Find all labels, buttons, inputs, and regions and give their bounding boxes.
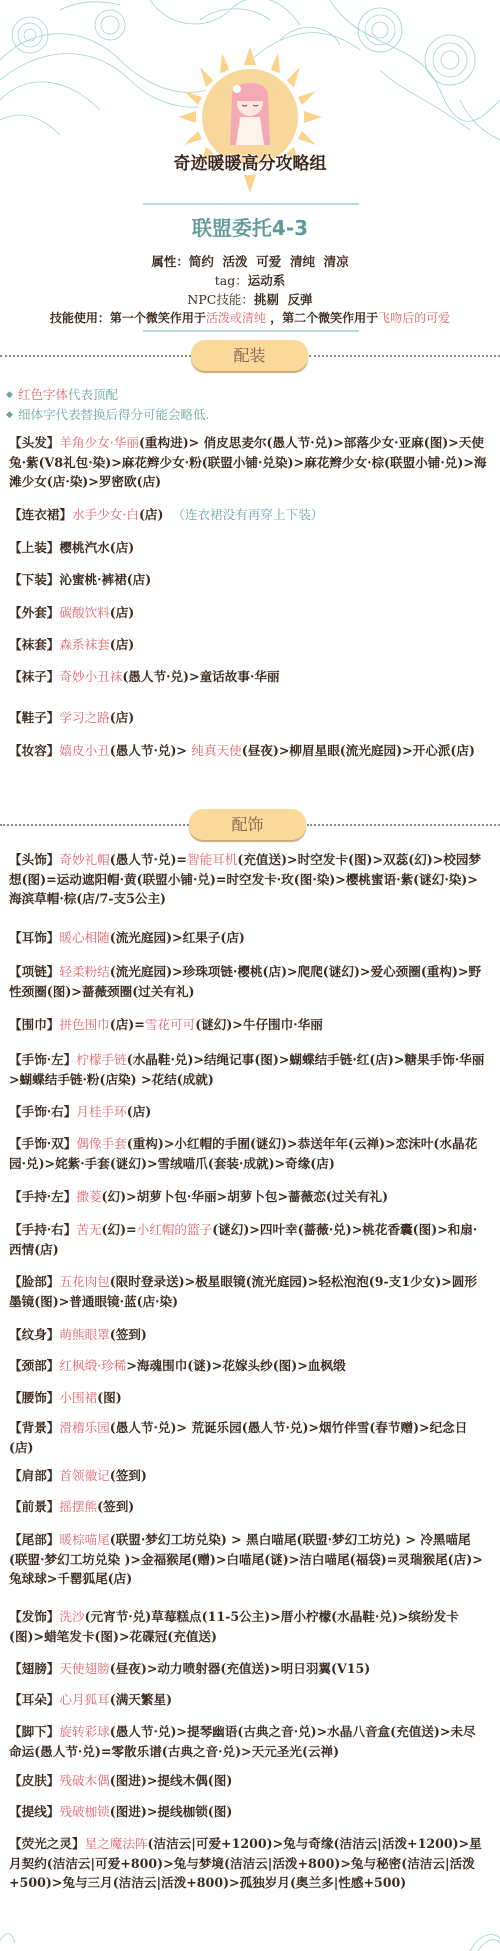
entry-earrings: 【耳饰】暖心相随(流光庭园)>红果子(店) (9, 928, 487, 948)
entry-handheld-right: 【手持·右】苦无(幻)=小红帽的篮子(谜幻)>四叶幸(蔷薇·兑)>桃花香囊(图)… (9, 1220, 487, 1259)
legend-note: ◆红色字体代表顶配 (6, 385, 486, 405)
tag-line: tag：运动系 (0, 271, 500, 289)
entry-handheld-left: 【手持·左】撒菱(幻)>胡萝卜包·华丽>胡萝卜包>蔷薇恋(过关有礼) (9, 1187, 487, 1207)
entry-leg-warmers: 【袜套】森系袜套(店) (9, 635, 487, 655)
entry-fluorescent-spirit: 【荧光之灵】星之魔法阵(洁洁云|可爱+1200)>兔与奇缘(洁洁云|活泼+120… (9, 1834, 487, 1893)
entry-dress: 【连衣裙】水手少女·白(店) （连衣裙没有再穿上下装） (9, 505, 487, 525)
npc-skills-value: 挑剔 反弹 (254, 292, 313, 307)
entry-shoulder: 【肩部】首领徽记(签到) (9, 1466, 487, 1486)
entry-headwear: 【头饰】奇妙礼帽(愚人节·兑)=智能耳机(充值送)>时空发卡(图)>双蕊(幻)>… (9, 850, 487, 909)
divider (143, 203, 359, 205)
entry-gloves: 【手饰·双】偶像手套(重构)>小红帽的手囿(谜幻)>恭送年年(云禅)>恋沫叶(水… (9, 1134, 487, 1173)
swirl-decoration-icon (0, 1921, 500, 1951)
entry-scarf: 【围巾】拼色围巾(店)=雪花可可(谜幻)>牛仔围巾·华丽 (9, 1015, 487, 1035)
entry-bracelet-right: 【手饰·右】月桂手环(店) (9, 1102, 487, 1122)
entry-hair-accessory: 【发饰】洗沙(元宵节·兑)草莓糕点(11-5公主)>厝小柠檬(水晶鞋·兑)>缤纷… (9, 1607, 487, 1646)
skill-target-second: 飞吻后的可爱 (378, 311, 450, 325)
section-header-clothing: 配装 (0, 340, 500, 372)
section-pill-accessories: 配饰 (189, 809, 306, 840)
logo-text: 奇迹暖暖高分攻略组 (170, 149, 330, 174)
divider (143, 330, 359, 332)
skill-usage-line: 技能使用：第一个微笑作用于活泼或清纯 ，第二个微笑作用于飞吻后的可爱 (0, 309, 500, 326)
entry-underfoot: 【脚下】旋转彩球(愚人节·兑)>提琴幽语(古典之音·兑)>水晶八音盒(充值送)>… (9, 1722, 487, 1761)
entry-ears: 【耳朵】心月狐耳(满天繁星) (9, 1690, 487, 1710)
diamond-bullet-icon: ◆ (6, 386, 18, 405)
skill-target-first: 活泼或清纯 (206, 311, 266, 325)
entry-top: 【上装】樱桃汽水(店) (9, 538, 487, 558)
dotted-divider (0, 355, 191, 357)
entry-neck: 【颈部】红枫缎·珍稀>海魂围巾(谜)>花嫁头纱(图)>血枫缎 (9, 1356, 487, 1376)
dress-note: （连衣裙没有再穿上下装） (172, 507, 323, 522)
entry-tail: 【尾部】暖棕喵尾(联盟·梦幻工坊兑染) > 黑白喵尾(联盟·梦幻工坊兑) > 冷… (9, 1530, 487, 1589)
entry-socks: 【袜子】奇妙小丑袜(愚人节·兑)>童话故事·华丽 (9, 667, 487, 687)
entry-makeup: 【妆容】嬉皮小丑(愚人节·兑)> 纯真天使(昼夜)>柳眉星眼(流光庭园)>开心派… (9, 741, 487, 761)
page-title: 联盟委托4-3 (0, 212, 500, 241)
entry-background: 【背景】滑稽乐园(愚人节·兑)> 荒诞乐园(愚人节·兑)>烟竹伴雪(春节赠)>纪… (9, 1418, 487, 1457)
entry-waist: 【腰饰】小围裙(图) (9, 1388, 487, 1408)
entry-shoes: 【鞋子】学习之路(店) (9, 708, 487, 728)
section-pill-clothing: 配装 (191, 340, 308, 371)
legend-notes: ◆红色字体代表顶配 ◆细体字代表替换后得分可能会略低. (6, 385, 486, 425)
entry-tattoo: 【纹身】萌熊眼罩(签到) (9, 1325, 487, 1345)
entry-face: 【脸部】五花肉包(限时登录送)>极星眼镜(流光庭园)>轻松泡泡(9-支1少女)>… (9, 1272, 487, 1311)
entry-hair: 【头发】羊角少女·华丽(重构进)> 俏皮思麦尔(愚人节·兑)>部落少女·亚麻(图… (9, 433, 487, 492)
attributes-value: 简约 活泼 可爱 清纯 清凉 (189, 254, 349, 269)
attributes-line: 属性：简约 活泼 可爱 清纯 清凉 (0, 252, 500, 270)
entry-skin: 【皮肤】残破木偶(图进)>提线木偶(图) (9, 1771, 487, 1791)
dotted-divider (309, 355, 500, 357)
entry-wings: 【翅膀】天使翅膀(昼夜)>动力喷射器(充值送)>明日羽翼(V15) (9, 1659, 487, 1679)
logo: 奇迹暖暖高分攻略组 (170, 45, 330, 195)
legend-note: ◆细体字代表替换后得分可能会略低. (6, 405, 486, 425)
entry-bracelet-left: 【手饰·左】柠檬手链(水晶鞋·兑)>结绳记事(图)>蝴蝶结手链·红(店)>糖果手… (9, 1050, 487, 1089)
entry-strings: 【提线】残破枷锁(图进)>提线枷锁(图) (9, 1802, 487, 1822)
diamond-bullet-icon: ◆ (6, 406, 18, 425)
entry-foreground: 【前景】摇摆熊(签到) (9, 1497, 487, 1517)
tag-value: 运动系 (248, 273, 286, 288)
entry-coat: 【外套】碳酸饮料(店) (9, 603, 487, 623)
entry-bottom: 【下装】沁蜜桃·裤裙(店) (9, 570, 487, 590)
dotted-divider (0, 824, 189, 826)
entry-necklace: 【项链】轻柔粉结(流光庭园)>珍珠项链·樱桃(店)>爬爬(谜幻)>爱心颈圈(重构… (9, 962, 487, 1001)
dotted-divider (307, 824, 500, 826)
section-header-accessories: 配饰 (0, 809, 500, 841)
npc-skills-line: NPC技能：挑剔 反弹 (0, 290, 500, 308)
